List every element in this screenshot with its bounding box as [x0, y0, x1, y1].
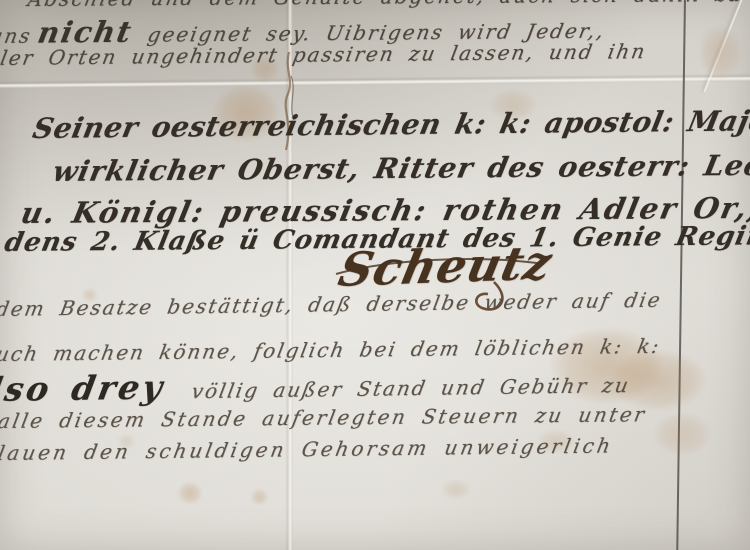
foxing-stain — [251, 489, 268, 505]
handwritten-title-line-1: Seiner oesterreichischen k: k: apostol: … — [30, 104, 750, 145]
manuscript-photo: Abschied und dem Gehalte abgehet, auch s… — [0, 0, 750, 550]
horizontal-fold-crease — [0, 73, 750, 88]
handwritten-title-line-2: wirklicher Oberst, Ritter des oesterr: L… — [50, 148, 750, 188]
foxing-stain — [699, 25, 741, 79]
foxing-stain — [653, 413, 711, 455]
foxing-stain — [178, 482, 202, 504]
signature-flourish — [326, 240, 566, 330]
foxing-stain — [442, 480, 470, 499]
ruled-margin-line — [676, 0, 686, 550]
handwritten-line-body-5: lauen den schuldigen Gehorsam unweigerli… — [0, 433, 615, 465]
line-fragment: völlig außer Stand und Gebühr zu — [190, 373, 632, 403]
handwritten-line-top-1: Abschied und dem Gehalte abgehet, auch s… — [26, 0, 750, 11]
emphasized-words-drey: lso drey — [0, 367, 168, 409]
line-fragment: ans — [0, 24, 34, 48]
handwritten-line-body-3: lso dreyvöllig außer Stand und Gebühr zu — [0, 361, 634, 409]
